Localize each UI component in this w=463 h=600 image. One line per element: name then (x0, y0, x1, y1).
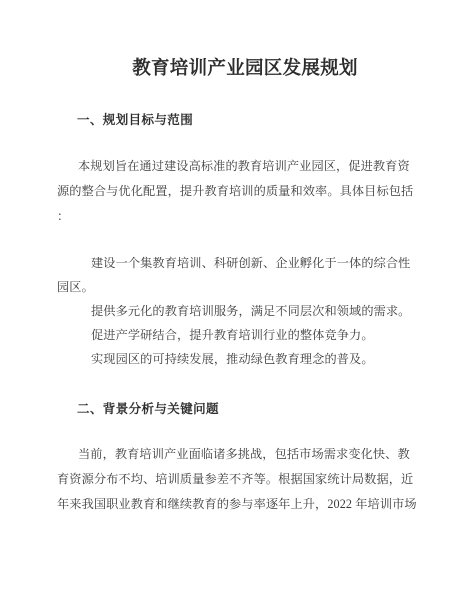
section1-goal-list: 建设一个集教育培训、科研创新、企业孵化于一体的综合性 园区。 提供多元化的教育培… (57, 251, 409, 371)
paragraph-line: ： (57, 204, 409, 229)
section1-heading: 一、规划目标与范围 (77, 110, 193, 128)
goal-item-line: 建设一个集教育培训、科研创新、企业孵化于一体的综合性 (57, 251, 409, 275)
paragraph-line: 当前，教育培训产业面临诸多挑战，包括市场需求变化快、教 (57, 442, 409, 467)
paragraph-line: 源的整合与优化配置，提升教育培训的质量和效率。具体目标包括 (57, 179, 409, 204)
paragraph-line: 本规划旨在通过建设高标准的教育培训产业园区，促进教育资 (57, 154, 409, 179)
section2-heading: 二、背景分析与关键问题 (77, 399, 219, 417)
document-title: 教育培训产业园区发展规划 (0, 54, 463, 80)
paragraph-line: 年来我国职业教育和继续教育的参与率逐年上升，2022 年培训市场 (57, 492, 409, 517)
paragraph-line: 育资源分布不均、培训质量参差不齐等。根据国家统计局数据，近 (57, 467, 409, 492)
goal-item-line: 提供多元化的教育培训服务，满足不同层次和领域的需求。 (57, 299, 409, 323)
section2-body-paragraph: 当前，教育培训产业面临诸多挑战，包括市场需求变化快、教 育资源分布不均、培训质量… (57, 442, 409, 517)
goal-item-line: 实现园区的可持续发展，推动绿色教育理念的普及。 (57, 347, 409, 371)
goal-item-line: 园区。 (57, 275, 409, 299)
goal-item-line: 促进产学研结合，提升教育培训行业的整体竞争力。 (57, 323, 409, 347)
section1-intro-paragraph: 本规划旨在通过建设高标准的教育培训产业园区，促进教育资 源的整合与优化配置，提升… (57, 154, 409, 229)
document-page: 教育培训产业园区发展规划 一、规划目标与范围 本规划旨在通过建设高标准的教育培训… (0, 0, 463, 600)
